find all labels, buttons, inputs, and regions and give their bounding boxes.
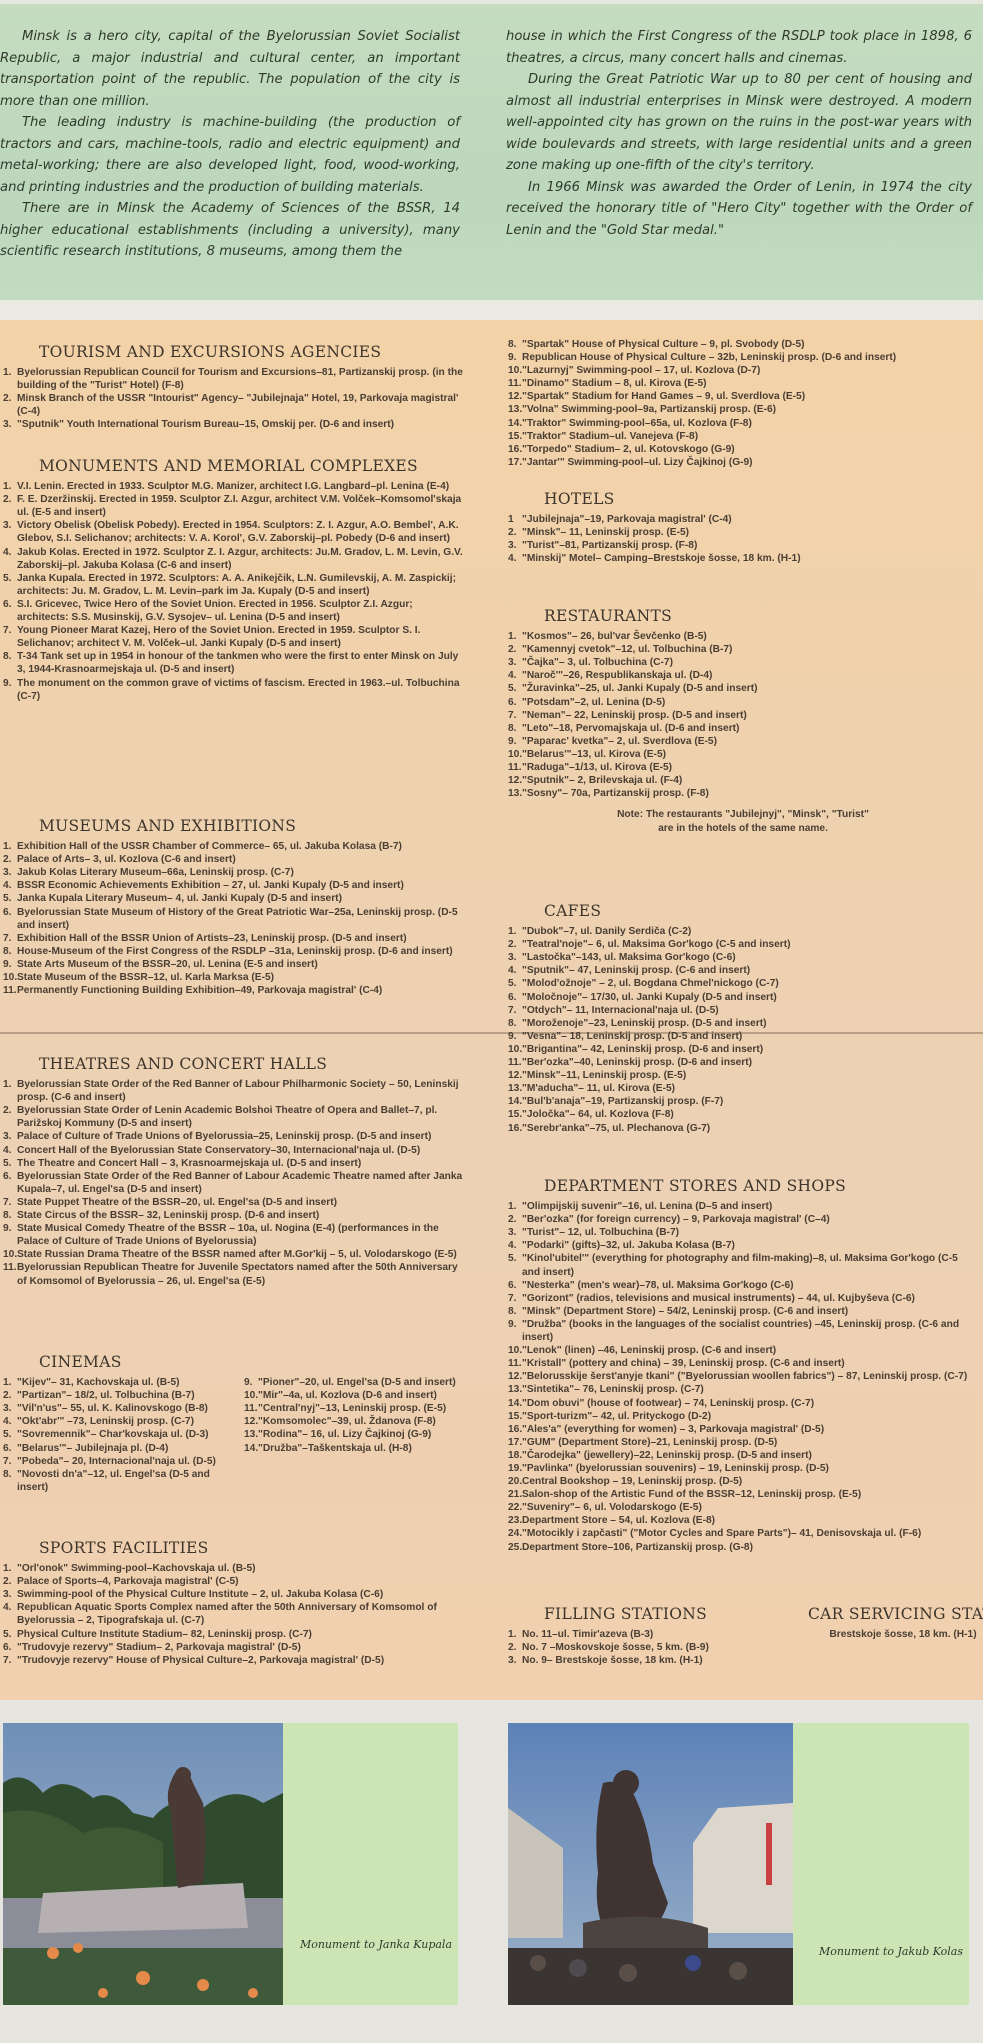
item-text: Central Bookshop – 19, Leninskij prosp. … <box>522 1476 742 1487</box>
item-number: 8. <box>508 338 517 351</box>
item-text: "Sputnik"– 2, Brilevskaja ul. (F-4) <box>522 775 682 786</box>
item-text: BSSR Economic Achievements Exhibition – … <box>17 880 404 891</box>
item-text: "Orl'onok" Swimming-pool–Kachovskaja ul.… <box>17 1563 256 1574</box>
intro-text-right: house in which the First Congress of the… <box>506 26 972 241</box>
item-number: 4. <box>3 1144 12 1157</box>
list-item: 6."Potsdam"–2, ul. Lenina (D-5) <box>508 696 978 709</box>
list-item: 7."Trudovyje rezervy" House of Physical … <box>3 1654 465 1667</box>
item-text: F. E. Dzeržinskij. Erected in 1959. Scul… <box>17 494 461 518</box>
item-number: 13. <box>508 787 522 800</box>
item-number: 5. <box>3 1428 12 1441</box>
item-text: Byelorussian State Order of Lenin Academ… <box>17 1105 437 1129</box>
list-item: 7.Exhibition Hall of the BSSR Union of A… <box>3 932 465 945</box>
item-number: 21. <box>508 1488 522 1501</box>
item-number: 24. <box>508 1527 522 1540</box>
item-number: 25. <box>508 1541 522 1554</box>
list-item: 11."Ber'ozka"–40, Leninskij prosp. (D-6 … <box>508 1056 978 1069</box>
item-text: "Leto"–18, Pervomajskaja ul. (D-6 and in… <box>522 723 739 734</box>
item-number: 15. <box>508 430 522 443</box>
item-number: 9. <box>508 1318 517 1331</box>
item-text: Exhibition Hall of the USSR Chamber of C… <box>17 841 402 852</box>
list-item: 1."Orl'onok" Swimming-pool–Kachovskaja u… <box>3 1562 465 1575</box>
photo-caption: Monument to Janka Kupala <box>300 1938 452 1951</box>
item-number: 1. <box>3 1562 12 1575</box>
note-line: are in the hotels of the same name. <box>508 822 978 836</box>
list-item: 4."Sputnik"– 47, Leninskij prosp. (C-6 a… <box>508 964 978 977</box>
item-number: 9. <box>244 1376 253 1389</box>
item-text: "Sintetika"– 76, Leninskij prosp. (C-7) <box>522 1384 704 1395</box>
list-item: 3.Palace of Culture of Trade Unions of B… <box>3 1130 465 1143</box>
list-item: 2.No. 7 –Moskovskoje šosse, 5 km. (B-9) <box>508 1641 978 1654</box>
list-item: 2.Minsk Branch of the USSR "Intourist" A… <box>3 392 465 418</box>
item-number: 2. <box>508 1641 517 1654</box>
list-item: 9."Družba" (books in the languages of th… <box>508 1318 978 1344</box>
item-number: 19. <box>508 1462 522 1475</box>
item-number: 2. <box>3 392 12 405</box>
list-item: 8.T-34 Tank set up in 1954 in honour of … <box>3 650 465 676</box>
item-text: No. 11–ul. Timir'azeva (B-3) <box>522 1629 653 1640</box>
list-item: 13."Rodina"– 16, ul. Lizy Čajkinoj (G-9) <box>244 1428 465 1441</box>
item-number: 1. <box>3 1376 12 1389</box>
item-text: "Okt'abr'" –73, Leninskij prosp. (C-7) <box>17 1416 194 1427</box>
item-text: "Belarus'"– Jubilejnaja pl. (D-4) <box>17 1443 168 1454</box>
item-number: 7. <box>3 1654 12 1667</box>
item-text: Department Store–106, Partizanskij prosp… <box>522 1542 753 1553</box>
item-text: Janka Kupala Literary Museum– 4, ul. Jan… <box>17 893 342 904</box>
item-number: 3. <box>508 1226 517 1239</box>
list-item: 8.State Circus of the BSSR– 32, Leninski… <box>3 1209 465 1222</box>
item-number: 1. <box>508 1200 517 1213</box>
list-item: 11."Central'nyj"–13, Leninskij prosp. (E… <box>244 1402 465 1415</box>
kolas-monument-image <box>508 1723 793 2005</box>
list-item: 19."Pavlinka" (byelorussian souvenirs) –… <box>508 1462 978 1475</box>
item-text: "Čarodejka" (jewellery)–22, Leninskij pr… <box>522 1450 812 1461</box>
item-text: "Družba"–Taškentskaja ul. (H-8) <box>258 1443 412 1454</box>
item-number: 2. <box>3 1104 12 1117</box>
item-number: 4. <box>3 1601 12 1614</box>
item-text: "Sovremennik"– Char'kovskaja ul. (D-3) <box>17 1429 209 1440</box>
item-text: "Moroženoje"–23, Leninskij prosp. (D-5 a… <box>522 1018 767 1029</box>
sports-list: 1."Orl'onok" Swimming-pool–Kachovskaja u… <box>3 1562 465 1667</box>
item-number: 1. <box>508 1628 517 1641</box>
item-text: State Puppet Theatre of the BSSR–20, ul.… <box>17 1197 337 1208</box>
item-text: "Ber'ozka"–40, Leninskij prosp. (D-6 and… <box>522 1057 752 1068</box>
list-item: 1."Dubok"–7, ul. Danily Serdiča (C-2) <box>508 925 978 938</box>
item-number: 11. <box>3 1261 17 1274</box>
list-item: 11.Permanently Functioning Building Exhi… <box>3 984 465 997</box>
list-item: 15."Joločka"– 64, ul. Kozlova (F-8) <box>508 1108 978 1121</box>
item-text: T-34 Tank set up in 1954 in honour of th… <box>17 651 458 675</box>
item-number: 3. <box>3 1130 12 1143</box>
item-text: "Belorusskije šerst'anyje tkani" ("Byelo… <box>522 1371 967 1382</box>
item-number: 9. <box>508 1030 517 1043</box>
item-number: 4. <box>508 669 517 682</box>
list-item: 3.Victory Obelisk (Obelisk Pobedy). Erec… <box>3 519 465 545</box>
item-number: 10. <box>508 1344 522 1357</box>
item-text: "Kinol'ubitel'" (everything for photogra… <box>522 1253 958 1277</box>
list-item: 13."Sintetika"– 76, Leninskij prosp. (C-… <box>508 1383 978 1396</box>
item-text: Department Store – 54, ul. Kozlova (E-8) <box>522 1515 715 1526</box>
list-item: 6.S.I. Gricevec, Twice Hero of the Sovie… <box>3 598 465 624</box>
item-number: 2. <box>3 493 12 506</box>
item-text: Victory Obelisk (Obelisk Pobedy). Erecte… <box>17 520 459 544</box>
item-number: 6. <box>3 1641 12 1654</box>
item-number: 2. <box>508 643 517 656</box>
item-number: 10. <box>3 1248 17 1261</box>
cinemas-list-left: 1."Kijev"– 31, Kachovskaja ul. (B-5)2."P… <box>3 1376 224 1494</box>
item-number: 11. <box>508 1357 522 1370</box>
list-item: 14."Traktor" Swimming-pool–65a, ul. Kozl… <box>508 417 978 430</box>
list-item: 9.State Arts Museum of the BSSR–20, ul. … <box>3 958 465 971</box>
section-sports: SPORTS FACILITIES 1."Orl'onok" Swimming-… <box>3 1542 465 1667</box>
item-text: "Ber'ozka" (for foreign currency) – 9, P… <box>522 1214 830 1225</box>
list-item: 4."Naroč'"–26, Respublikanskaja ul. (D-4… <box>508 669 978 682</box>
list-item: 4."Minskij" Motel– Camping–Brestskoje šo… <box>508 552 978 565</box>
list-item: 9."Paparac' kvetka"– 2, ul. Sverdlova (E… <box>508 735 978 748</box>
item-number: 9. <box>508 735 517 748</box>
list-item: 5."Molod'ožnoje" – 2, ul. Bogdana Chmel'… <box>508 977 978 990</box>
directory-listing: TOURISM AND EXCURSIONS AGENCIES 1.Byelor… <box>0 320 983 1700</box>
list-item: 4.Jakub Kolas. Erected in 1972. Sculptor… <box>3 546 465 572</box>
list-item: 2."Teatral'noje"– 6, ul. Maksima Gor'kog… <box>508 938 978 951</box>
item-number: 8. <box>508 1017 517 1030</box>
list-item: 8."Moroženoje"–23, Leninskij prosp. (D-5… <box>508 1017 978 1030</box>
list-item: 6.Byelorussian State Museum of History o… <box>3 906 465 932</box>
item-text: "Kristall" (pottery and china) – 39, Len… <box>522 1358 845 1369</box>
list-item: 3.Jakub Kolas Literary Museum–66a, Lenin… <box>3 866 465 879</box>
item-text: Byelorussian State Order of the Red Bann… <box>17 1079 459 1103</box>
item-text: "Komsomolec"–39, ul. Ždanova (F-8) <box>258 1416 436 1427</box>
list-item: 3."Lastočka"–143, ul. Maksima Gor'kogo (… <box>508 951 978 964</box>
intro-paragraph: In 1966 Minsk was awarded the Order of L… <box>506 177 972 242</box>
item-text: Republican Aquatic Sports Complex named … <box>17 1602 437 1626</box>
item-text: Young Pioneer Marat Kazej, Hero of the S… <box>17 625 420 649</box>
note-line: Note: The restaurants "Jubilejnyj", "Min… <box>508 808 978 822</box>
item-text: "Minskij" Motel– Camping–Brestskoje šoss… <box>522 553 801 564</box>
list-item: 24."Motocikly i zapčasti" ("Motor Cycles… <box>508 1527 978 1540</box>
list-item: 11.Byelorussian Republican Theatre for J… <box>3 1261 465 1287</box>
item-text: "M'aducha"– 11, ul. Kirova (E-5) <box>522 1083 675 1094</box>
item-number: 9. <box>3 958 12 971</box>
item-number: 22. <box>508 1501 522 1514</box>
section-sports-continued: 8."Spartak" House of Physical Culture – … <box>508 338 978 469</box>
list-item: 7."Pobeda"– 20, Internacional'naja ul. (… <box>3 1455 224 1468</box>
list-item: 10."Lazurnyj" Swimming-pool – 17, ul. Ko… <box>508 364 978 377</box>
item-number: 10. <box>508 1043 522 1056</box>
item-number: 3. <box>508 539 517 552</box>
section-theatres: THEATRES AND CONCERT HALLS 1.Byelorussia… <box>3 1058 465 1288</box>
item-number: 6. <box>508 696 517 709</box>
list-item: 13."M'aducha"– 11, ul. Kirova (E-5) <box>508 1082 978 1095</box>
item-number: 7. <box>3 624 12 637</box>
item-text: Byelorussian Republican Council for Tour… <box>17 367 463 391</box>
section-title: MONUMENTS AND MEMORIAL COMPLEXES <box>39 460 465 473</box>
item-text: "Turist"–81, Partizanskij prosp. (F-8) <box>522 540 697 551</box>
item-number: 11. <box>508 377 522 390</box>
item-number: 1. <box>3 840 12 853</box>
item-text: "Central'nyj"–13, Leninskij prosp. (E-5) <box>258 1403 446 1414</box>
list-item: 1."Kosmos"– 26, bul'var Ševčenko (B-5) <box>508 630 978 643</box>
item-number: 5. <box>508 682 517 695</box>
item-number: 14. <box>508 1397 522 1410</box>
intro-paragraph: Minsk is a hero city, capital of the Bye… <box>0 26 460 112</box>
list-item: 12."Komsomolec"–39, ul. Ždanova (F-8) <box>244 1415 465 1428</box>
theatres-list: 1.Byelorussian State Order of the Red Ba… <box>3 1078 465 1288</box>
item-text: "Naroč'"–26, Respublikanskaja ul. (D-4) <box>522 670 712 681</box>
item-number: 5. <box>3 892 12 905</box>
item-number: 14. <box>508 417 522 430</box>
item-text: "Pavlinka" (byelorussian souvenirs) – 19… <box>522 1463 829 1474</box>
monuments-list: 1.V.I. Lenin. Erected in 1933. Sculptor … <box>3 480 465 703</box>
section-hotels: HOTELS 1"Jubilejnaja"–19, Parkovaja magi… <box>508 493 978 565</box>
monument-photo-kolas <box>508 1723 793 2005</box>
item-text: "Pobeda"– 20, Internacional'naja ul. (D-… <box>17 1456 216 1467</box>
item-number: 1. <box>3 480 12 493</box>
item-text: "Sosny"– 70a, Partizanskij prosp. (F-8) <box>522 788 709 799</box>
item-text: "Žuravinka"–25, ul. Janki Kupaly (D-5 an… <box>522 683 758 694</box>
item-text: "Suveniry"– 6, ul. Volodarskogo (E-5) <box>522 1502 702 1513</box>
item-number: 7. <box>508 1292 517 1305</box>
item-number: 1. <box>508 925 517 938</box>
item-number: 16. <box>508 443 522 456</box>
item-number: 1. <box>508 630 517 643</box>
list-item: 3."Čajka"– 3, ul. Tolbuchina (C-7) <box>508 656 978 669</box>
item-text: Concert Hall of the Byelorussian State C… <box>17 1145 420 1156</box>
section-title: TOURISM AND EXCURSIONS AGENCIES <box>39 346 465 359</box>
item-text: Salon-shop of the Artistic Fund of the B… <box>522 1489 861 1500</box>
item-text: "Raduga"–1/13, ul. Kirova (E-5) <box>522 762 672 773</box>
item-text: "Spartak" House of Physical Culture – 9,… <box>522 339 805 350</box>
list-item: 15."Traktor" Stadium–ul. Vanejeva (F-8) <box>508 430 978 443</box>
section-stores: DEPARTMENT STORES AND SHOPS 1."Olimpijsk… <box>508 1180 978 1554</box>
list-item: 23.Department Store – 54, ul. Kozlova (E… <box>508 1514 978 1527</box>
item-text: "Lazurnyj" Swimming-pool – 17, ul. Kozlo… <box>522 365 760 376</box>
list-item: 13."Volna" Swimming-pool–9a, Partizanski… <box>508 403 978 416</box>
item-number: 8. <box>508 1305 517 1318</box>
list-item: 6."Trudovyje rezervy" Stadium– 2, Parkov… <box>3 1641 465 1654</box>
list-item: 9."Vesna"– 18, Leninskij prosp. (D-5 and… <box>508 1030 978 1043</box>
section-filling-stations: FILLING STATIONS 1.No. 11–ul. Timir'azev… <box>508 1608 978 1667</box>
intro-paragraph: There are in Minsk the Academy of Scienc… <box>0 198 460 263</box>
list-item: 2.Palace of Arts– 3, ul. Kozlova (C-6 an… <box>3 853 465 866</box>
list-item: 8."Spartak" House of Physical Culture – … <box>508 338 978 351</box>
item-number: 11. <box>508 761 522 774</box>
photo-panel-kupala: Monument to Janka Kupala <box>3 1723 458 2005</box>
item-number: 12. <box>508 1370 522 1383</box>
section-title: CAFES <box>544 905 978 918</box>
item-text: "Podarki" (gifts)–32, ul. Jakuba Kolasa … <box>522 1240 735 1251</box>
list-item: 12."Spartak" Stadium for Hand Games – 9,… <box>508 390 978 403</box>
list-item: 6."Moločnoje"– 17/30, ul. Janki Kupaly (… <box>508 991 978 1004</box>
item-number: 2. <box>508 938 517 951</box>
item-text: "Bul'b'anaja"–19, Partizanskij prosp. (F… <box>522 1096 723 1107</box>
section-title: CINEMAS <box>39 1356 465 1369</box>
item-text: Janka Kupala. Erected in 1972. Sculptors… <box>17 573 456 597</box>
item-number: 11. <box>508 1056 522 1069</box>
list-item: 3.Swimming-pool of the Physical Culture … <box>3 1588 465 1601</box>
item-text: Jakub Kolas Literary Museum–66a, Leninsk… <box>17 867 294 878</box>
item-text: Exhibition Hall of the BSSR Union of Art… <box>17 933 407 944</box>
item-number: 3. <box>508 1654 517 1667</box>
caption-panel: Monument to Janka Kupala <box>283 1723 458 2005</box>
item-text: "Traktor" Swimming-pool–65a, ul. Kozlova… <box>522 418 752 429</box>
item-text: S.I. Gricevec, Twice Hero of the Soviet … <box>17 599 413 623</box>
item-number: 14. <box>508 1095 522 1108</box>
item-text: "Lastočka"–143, ul. Maksima Gor'kogo (C-… <box>522 952 736 963</box>
item-text: "Joločka"– 64, ul. Kozlova (F-8) <box>522 1109 674 1120</box>
list-item: 17."GUM" (Department Store)–21, Leninski… <box>508 1436 978 1449</box>
intro-paragraph: The leading industry is machine-building… <box>0 112 460 198</box>
item-text: "Paparac' kvetka"– 2, ul. Sverdlova (E-5… <box>522 736 717 747</box>
item-number: 4. <box>3 546 12 559</box>
list-item: 21.Salon-shop of the Artistic Fund of th… <box>508 1488 978 1501</box>
photo-caption: Monument to Jakub Kolas <box>819 1945 963 1958</box>
list-item: 16."Serebr'anka"–75, ul. Plechanova (G-7… <box>508 1122 978 1135</box>
list-item: 16."Torpedo" Stadium– 2, ul. Kotovskogo … <box>508 443 978 456</box>
item-number: 6. <box>3 1442 12 1455</box>
tourism-list: 1.Byelorussian Republican Council for To… <box>3 366 465 431</box>
item-text: "Minsk"–11, Leninskij prosp. (E-5) <box>522 1070 686 1081</box>
intro-text-left: Minsk is a hero city, capital of the Bye… <box>0 26 460 263</box>
list-item: 10."Mir"–4a, ul. Kozlova (D-6 and insert… <box>244 1389 465 1402</box>
list-item: 25.Department Store–106, Partizanskij pr… <box>508 1541 978 1554</box>
item-text: Permanently Functioning Building Exhibit… <box>17 985 382 996</box>
list-item: 2."Ber'ozka" (for foreign currency) – 9,… <box>508 1213 978 1226</box>
item-text: "Turist"– 12, ul. Tolbuchina (B-7) <box>522 1227 679 1238</box>
list-item: 4."Okt'abr'" –73, Leninskij prosp. (C-7) <box>3 1415 224 1428</box>
item-number: 2. <box>3 1575 12 1588</box>
item-number: 4. <box>3 1415 12 1428</box>
item-text: "Otdych"– 11, Internacional'naja ul. (D-… <box>522 1005 719 1016</box>
item-number: 13. <box>508 1383 522 1396</box>
item-number: 8. <box>3 650 12 663</box>
section-museums: MUSEUMS AND EXHIBITIONS 1.Exhibition Hal… <box>3 820 465 997</box>
item-number: 15. <box>508 1410 522 1423</box>
item-text: "Gorizont" (radios, televisions and musi… <box>522 1293 915 1304</box>
item-text: "Motocikly i zapčasti" ("Motor Cycles an… <box>522 1528 921 1539</box>
item-number: 6. <box>3 906 12 919</box>
item-number: 12. <box>244 1415 258 1428</box>
list-item: 14."Dom obuvi" (house of footwear) – 74,… <box>508 1397 978 1410</box>
list-item: 3."Turist"– 12, ul. Tolbuchina (B-7) <box>508 1226 978 1239</box>
list-item: 17."Jantar'" Swimming-pool–ul. Lizy Čajk… <box>508 456 978 469</box>
item-number: 16. <box>508 1122 522 1135</box>
list-item: 11."Dinamo" Stadium – 8, ul. Kirova (E-5… <box>508 377 978 390</box>
item-number: 8. <box>3 1468 12 1481</box>
item-number: 8. <box>508 722 517 735</box>
list-item: 7.State Puppet Theatre of the BSSR–20, u… <box>3 1196 465 1209</box>
section-title: SPORTS FACILITIES <box>39 1542 465 1555</box>
item-number: 18. <box>508 1449 522 1462</box>
item-number: 9. <box>3 1222 12 1235</box>
list-item: 1"Jubilejnaja"–19, Parkovaja magistral' … <box>508 513 978 526</box>
item-text: Physical Culture Institute Stadium– 82, … <box>17 1629 312 1640</box>
item-text: "Partizan"– 18/2, ul. Tolbuchina (B-7) <box>17 1390 195 1401</box>
list-item: 4.Concert Hall of the Byelorussian State… <box>3 1144 465 1157</box>
item-text: "Rodina"– 16, ul. Lizy Čajkinoj (G-9) <box>258 1429 431 1440</box>
list-item: 6."Belarus'"– Jubilejnaja pl. (D-4) <box>3 1442 224 1455</box>
item-text: "Družba" (books in the languages of the … <box>522 1319 959 1343</box>
item-text: "Olimpijskij suvenir"–16, ul. Lenina (D–… <box>522 1201 772 1212</box>
section-title: HOTELS <box>544 493 978 506</box>
item-number: 3. <box>508 656 517 669</box>
item-number: 16. <box>508 1423 522 1436</box>
item-number: 2. <box>3 1389 12 1402</box>
list-item: 8."Novosti dn'a"–12, ul. Engel'sa (D-5 a… <box>3 1468 224 1494</box>
intro-paragraph: house in which the First Congress of the… <box>506 26 972 69</box>
item-number: 4. <box>508 552 517 565</box>
list-item: 10."Lenok" (linen) –46, Leninskij prosp.… <box>508 1344 978 1357</box>
list-item: 4."Podarki" (gifts)–32, ul. Jakuba Kolas… <box>508 1239 978 1252</box>
item-number: 14. <box>244 1442 258 1455</box>
item-number: 4. <box>508 964 517 977</box>
section-title: MUSEUMS AND EXHIBITIONS <box>39 820 465 833</box>
item-number: 13. <box>244 1428 258 1441</box>
list-item: 2.Byelorussian State Order of Lenin Acad… <box>3 1104 465 1130</box>
item-text: "Jubilejnaja"–19, Parkovaja magistral' (… <box>522 514 732 525</box>
list-item: 10."Brigantina"– 42, Leninskij prosp. (D… <box>508 1043 978 1056</box>
list-item: 22."Suveniry"– 6, ul. Volodarskogo (E-5) <box>508 1501 978 1514</box>
item-text: "Vil'n'us"– 55, ul. K. Kalinovskogo (B-8… <box>17 1403 208 1414</box>
list-item: 20.Central Bookshop – 19, Leninskij pros… <box>508 1475 978 1488</box>
item-text: "Sport-turizm"– 42, ul. Prityckogo (D-2) <box>522 1411 711 1422</box>
item-number: 23. <box>508 1514 522 1527</box>
item-number: 17. <box>508 1436 522 1449</box>
item-number: 11. <box>3 984 17 997</box>
item-text: "Torpedo" Stadium– 2, ul. Kotovskogo (G-… <box>522 444 735 455</box>
item-number: 20. <box>508 1475 522 1488</box>
item-text: "Minsk" (Department Store) – 54/2, Lenin… <box>522 1306 848 1317</box>
item-text: "Nesterka" (men's wear)–78, ul. Maksima … <box>522 1280 794 1291</box>
list-item: 5.Janka Kupala. Erected in 1972. Sculpto… <box>3 572 465 598</box>
list-item: 2."Partizan"– 18/2, ul. Tolbuchina (B-7) <box>3 1389 224 1402</box>
section-title: THEATRES AND CONCERT HALLS <box>39 1058 465 1071</box>
item-text: "Neman"– 22, Leninskij prosp. (D-5 and i… <box>522 710 747 721</box>
list-item: 8."Leto"–18, Pervomajskaja ul. (D-6 and … <box>508 722 978 735</box>
sports-list-continued: 8."Spartak" House of Physical Culture – … <box>508 338 978 469</box>
item-number: 4. <box>3 879 12 892</box>
item-text: Byelorussian State Museum of History of … <box>17 907 458 931</box>
photo-panel-kolas: Monument to Jakub Kolas <box>508 1723 969 2005</box>
item-text: "Vesna"– 18, Leninskij prosp. (D-5 and i… <box>522 1031 742 1042</box>
section-tourism: TOURISM AND EXCURSIONS AGENCIES 1.Byelor… <box>3 346 465 432</box>
list-item: 3."Vil'n'us"– 55, ul. K. Kalinovskogo (B… <box>3 1402 224 1415</box>
list-item: 15."Sport-turizm"– 42, ul. Prityckogo (D… <box>508 1410 978 1423</box>
item-number: 2. <box>508 526 517 539</box>
list-item: 5.The Theatre and Concert Hall – 3, Kras… <box>3 1157 465 1170</box>
item-number: 8. <box>3 945 12 958</box>
item-text: "Kamennyj cvetok"–12, ul. Tolbuchina (B-… <box>522 644 732 655</box>
item-text: State Russian Drama Theatre of the BSSR … <box>17 1249 457 1260</box>
item-text: Byelorussian Republican Theatre for Juve… <box>17 1262 458 1286</box>
item-number: 3. <box>3 1402 12 1415</box>
list-item: 11."Kristall" (pottery and china) – 39, … <box>508 1357 978 1370</box>
list-item: 9."Pioner"–20, ul. Engel'sa (D-5 and ins… <box>244 1376 465 1389</box>
list-item: 7."Otdych"– 11, Internacional'naja ul. (… <box>508 1004 978 1017</box>
item-number: 13. <box>508 1082 522 1095</box>
list-item: 5.Physical Culture Institute Stadium– 82… <box>3 1628 465 1641</box>
item-number: 3. <box>508 951 517 964</box>
list-item: 9.Republican House of Physical Culture –… <box>508 351 978 364</box>
item-text: "Potsdam"–2, ul. Lenina (D-5) <box>522 697 665 708</box>
item-text: "Belarus'"–13, ul. Kirova (E-5) <box>522 749 666 760</box>
list-item: 9.State Musical Comedy Theatre of the BS… <box>3 1222 465 1248</box>
section-title: CAR SERVICING STATION <box>808 1608 983 1621</box>
item-text: "Ales'a" (everything for women) – 3, Par… <box>522 1424 824 1435</box>
item-number: 2. <box>508 1213 517 1226</box>
list-item: 1.V.I. Lenin. Erected in 1933. Sculptor … <box>3 480 465 493</box>
restaurants-note: Note: The restaurants "Jubilejnyj", "Min… <box>508 808 978 836</box>
